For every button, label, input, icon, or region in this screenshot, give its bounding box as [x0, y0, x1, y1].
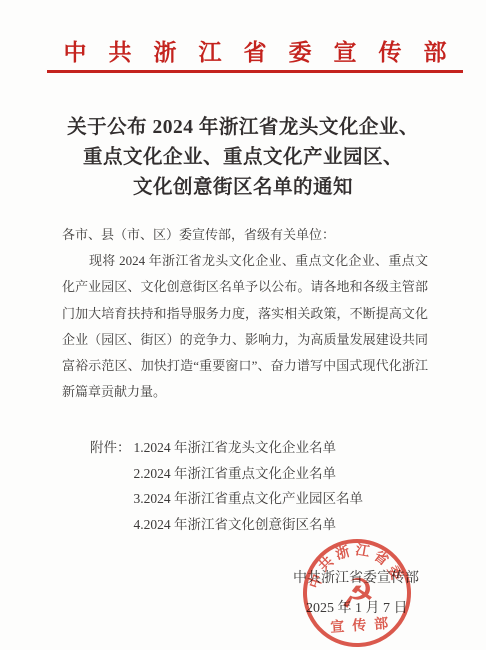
- header-rule: [47, 70, 463, 73]
- attachment-item: 1.2024 年浙江省龙头文化企业名单: [134, 435, 364, 461]
- title-line: 重点文化企业、重点文化产业园区、: [23, 143, 463, 173]
- attachments-label: 附件：: [90, 435, 131, 461]
- header-org-name: 中共浙江省委宣传部: [12, 34, 486, 67]
- hammer-sickle-icon: ☭: [338, 570, 377, 618]
- title-line: 关于公布 2024 年浙江省龙头文化企业、: [23, 113, 463, 143]
- title-line: 文化创意街区名单的通知: [23, 173, 463, 203]
- body-paragraph: 现将 2024 年浙江省龙头文化企业、重点文化企业、重点文化产业园区、文化创意街…: [62, 248, 428, 406]
- header-org-name-text: 中共浙江省委宣传部: [64, 40, 469, 65]
- paragraph-line: 化产业园区、文化创意街区名单予以公布。请各地和各级主管部: [62, 274, 428, 300]
- attachment-item: 4.2024 年浙江省文化创意街区名单: [134, 512, 364, 538]
- attachments-list: 1.2024 年浙江省龙头文化企业名单2.2024 年浙江省重点文化企业名单3.…: [134, 435, 364, 537]
- attachments-block: 附件： 1.2024 年浙江省龙头文化企业名单2.2024 年浙江省重点文化企业…: [90, 435, 363, 537]
- paragraph-line: 新篇章贡献力量。: [62, 379, 428, 405]
- paragraph-line: 现将 2024 年浙江省龙头文化企业、重点文化企业、重点文: [62, 248, 428, 274]
- paragraph-line: 富裕示范区、加快打造“重要窗口”、奋力谱写中国式现代化浙江: [62, 353, 428, 379]
- paragraph-line: 门加大培育扶持和指导服务力度，落实相关政策，不断提高文化: [62, 301, 428, 327]
- document-page: 中共浙江省委宣传部 关于公布 2024 年浙江省龙头文化企业、重点文化企业、重点…: [0, 0, 486, 650]
- salutation-line: 各市、县（市、区）委宣传部，省级有关单位：: [62, 222, 428, 248]
- paragraph-line: 企业（园区、街区）的竞争力、影响力，为高质量发展建设共同: [62, 327, 428, 353]
- document-title: 关于公布 2024 年浙江省龙头文化企业、重点文化企业、重点文化产业园区、文化创…: [23, 113, 463, 203]
- attachment-item: 2.2024 年浙江省重点文化企业名单: [134, 461, 364, 487]
- official-seal: 中共浙江省委 ☭ 宣传部: [300, 536, 414, 650]
- attachment-item: 3.2024 年浙江省重点文化产业园区名单: [134, 486, 364, 512]
